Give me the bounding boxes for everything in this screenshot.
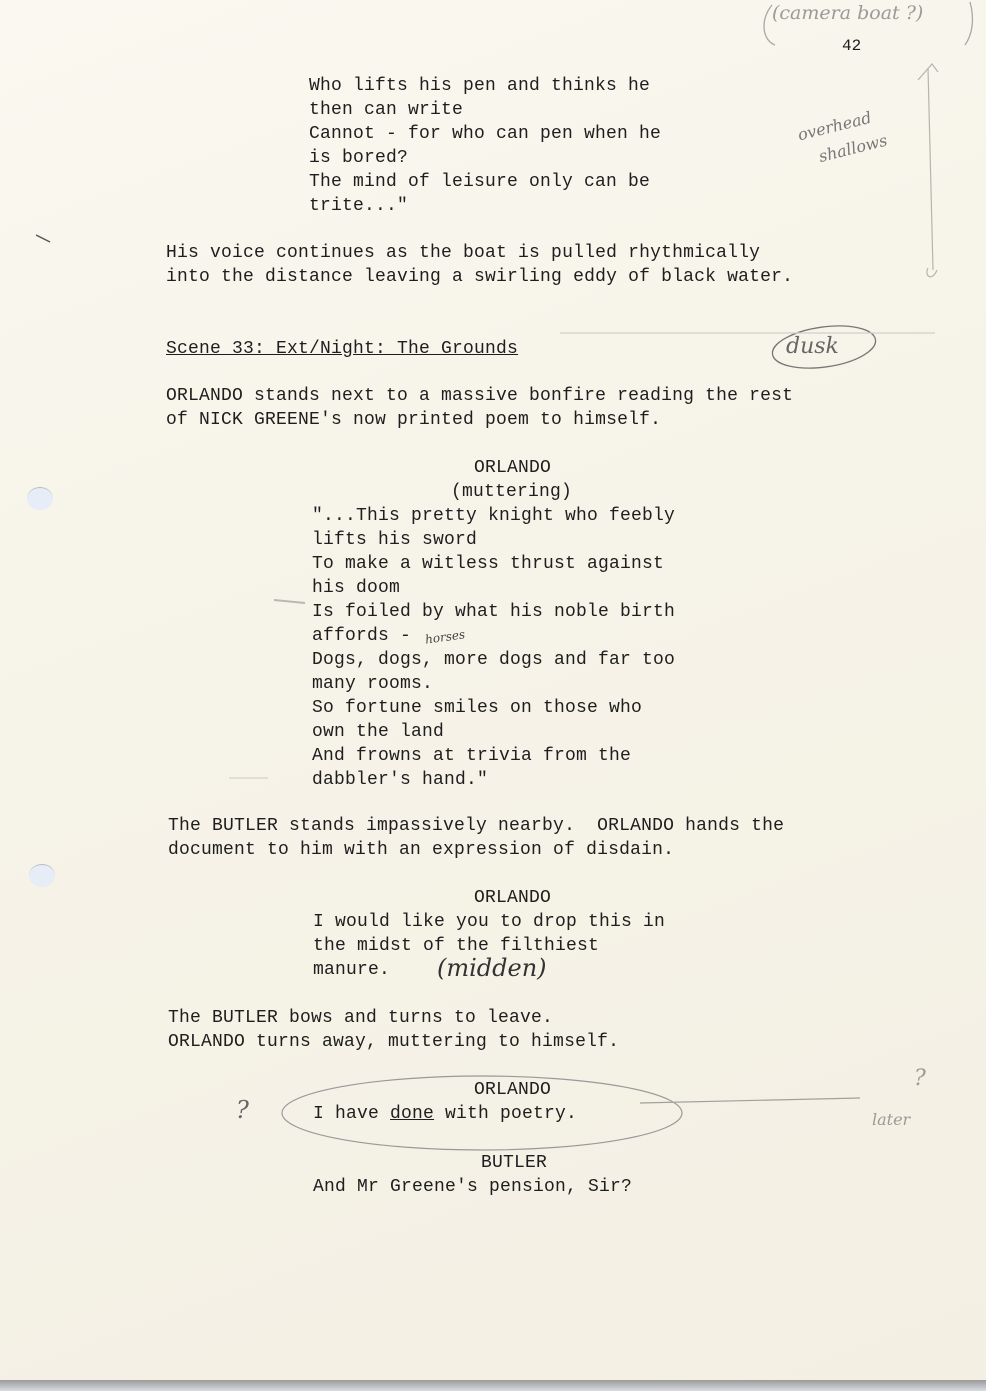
action-line: His voice continues as the boat is pulle… xyxy=(166,241,760,265)
verse-line: The mind of leisure only can be xyxy=(309,170,650,194)
annotation-midden: (midden) xyxy=(437,954,547,982)
verse-line: Who lifts his pen and thinks he xyxy=(309,74,650,98)
action-line: of NICK GREENE's now printed poem to him… xyxy=(166,408,661,432)
character-name: ORLANDO xyxy=(474,456,551,480)
dialogue-line: lifts his sword xyxy=(312,528,477,552)
dialogue-text: with poetry. xyxy=(434,1104,577,1124)
action-line: The BUTLER bows and turns to leave. xyxy=(168,1006,553,1030)
dialogue-line: dabbler's hand." xyxy=(312,768,488,792)
annotation-question-right: ? xyxy=(914,1066,926,1091)
verse-line: trite..." xyxy=(309,194,408,218)
scene-heading: Scene 33: Ext/Night: The Grounds xyxy=(166,337,518,361)
annotation-question-left: ? xyxy=(236,1096,249,1124)
annotation-later: later xyxy=(872,1110,910,1129)
dialogue-line: affords - xyxy=(312,624,411,648)
annotation-insert-horses: horses xyxy=(424,627,466,646)
dialogue-line: And frowns at trivia from the xyxy=(312,744,631,768)
annotation-overhead-shallows: overhead shallows xyxy=(795,102,890,173)
dialogue-line: many rooms. xyxy=(312,672,433,696)
dialogue-line: So fortune smiles on those who xyxy=(312,696,642,720)
dialogue-line: own the land xyxy=(312,720,444,744)
verse-line: is bored? xyxy=(309,146,408,170)
punch-hole xyxy=(27,487,53,510)
verse-line: Cannot - for who can pen when he xyxy=(309,122,661,146)
dialogue-line: And Mr Greene's pension, Sir? xyxy=(313,1175,632,1199)
annotation-dusk: dusk xyxy=(786,334,839,359)
dialogue-line: Dogs, dogs, more dogs and far too xyxy=(312,648,675,672)
character-name: BUTLER xyxy=(481,1151,547,1175)
dialogue-line: To make a witless thrust against xyxy=(312,552,664,576)
character-name: ORLANDO xyxy=(474,886,551,910)
annotation-camera-boat: (camera boat ?) xyxy=(772,2,923,24)
action-line: ORLANDO stands next to a massive bonfire… xyxy=(166,384,793,408)
punch-hole xyxy=(29,864,55,887)
action-line: ORLANDO turns away, muttering to himself… xyxy=(168,1030,619,1054)
dialogue-text: I have xyxy=(313,1104,390,1124)
character-name: ORLANDO xyxy=(474,1078,551,1102)
dialogue-line: I would like you to drop this in xyxy=(313,910,665,934)
dialogue-line: "...This pretty knight who feebly xyxy=(312,504,675,528)
parenthetical: (muttering) xyxy=(451,480,572,504)
verse-line: then can write xyxy=(309,98,463,122)
action-line: The BUTLER stands impassively nearby. OR… xyxy=(168,814,784,838)
dialogue-line: manure. xyxy=(313,958,390,982)
scan-bottom-edge xyxy=(0,1380,986,1391)
page-number: 42 xyxy=(842,36,861,56)
action-line: into the distance leaving a swirling edd… xyxy=(166,265,793,289)
dialogue-line: Is foiled by what his noble birth xyxy=(312,600,675,624)
script-page: 42 Who lifts his pen and thinks he then … xyxy=(0,0,986,1380)
underlined-word: done xyxy=(390,1104,434,1124)
action-line: document to him with an expression of di… xyxy=(168,838,674,862)
dialogue-line: his doom xyxy=(312,576,400,600)
dialogue-line: I have done with poetry. xyxy=(313,1102,577,1126)
